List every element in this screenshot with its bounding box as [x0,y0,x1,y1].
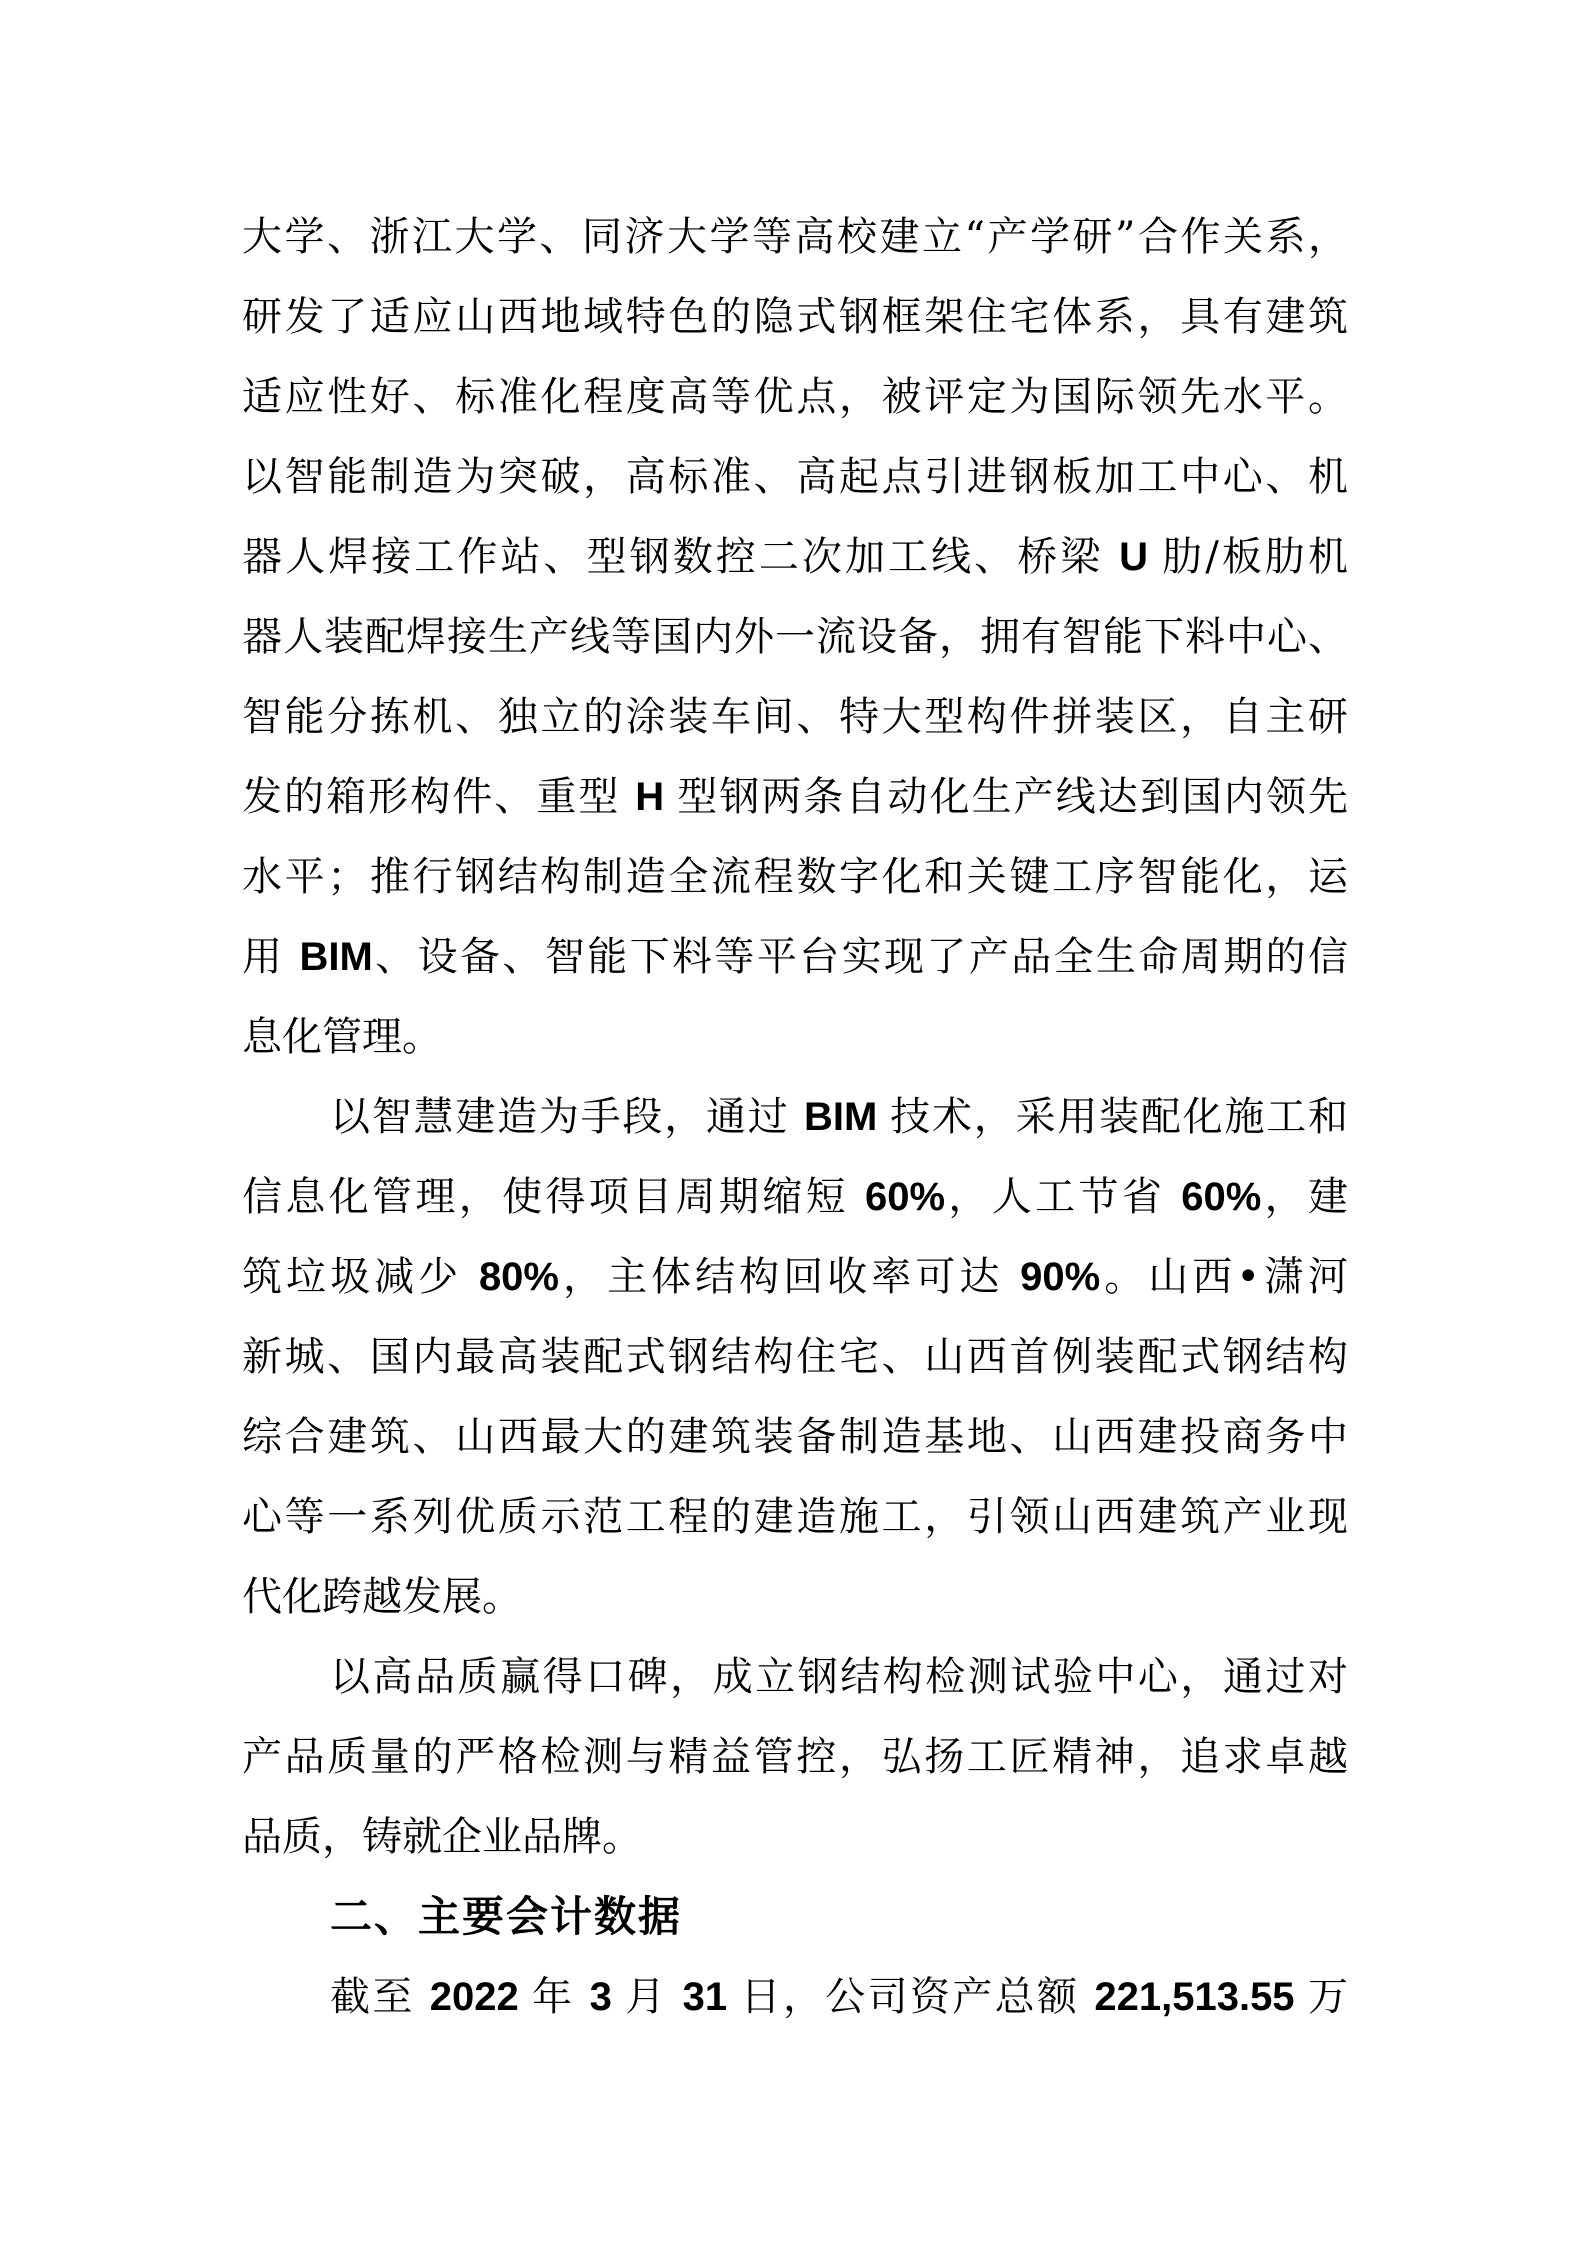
text-line: 心等一系列优质示范工程的建造施工，引领山西建筑产业现 [242,1477,1348,1557]
text-line: 适应性好、标准化程度高等优点，被评定为国际领先水平。 [242,357,1348,437]
text-line-content: 以智能制造为突破，高标准、高起点引进钢板加工中心、机 [242,454,1348,500]
document-page: 大学、浙江大学、同济大学等高校建立“产学研”合作关系，研发了适应山西地域特色的隐… [0,0,1587,2245]
text-line: 器人装配焊接生产线等国内外一流设备，拥有智能下料中心、 [242,597,1348,677]
text-line-content: 器人装配焊接生产线等国内外一流设备，拥有智能下料中心、 [242,614,1348,660]
section-heading: 二、主要会计数据 [242,1877,1348,1957]
latin-text: 221,513.55 [1094,1975,1308,2019]
latin-text: 90% [1020,1255,1100,1299]
text-line: 品质，铸就企业品牌。 [242,1797,1348,1877]
text-line-content: 产品质量的严格检测与精益管控，弘扬工匠精神，追求卓越 [242,1734,1348,1780]
latin-text: U [1119,535,1162,579]
text-line-content: 息化管理。 [242,1014,442,1060]
text-line-content: 水平；推行钢结构制造全流程数字化和关键工序智能化，运 [242,854,1348,900]
text-line: 新城、国内最高装配式钢结构住宅、山西首例装配式钢结构 [242,1317,1348,1397]
text-line: 产品质量的严格检测与精益管控，弘扬工匠精神，追求卓越 [242,1717,1348,1797]
text-line-content: 新城、国内最高装配式钢结构住宅、山西首例装配式钢结构 [242,1334,1348,1380]
text-line-content: 适应性好、标准化程度高等优点，被评定为国际领先水平。 [242,374,1348,420]
text-line: 截至 2022 年 3 月 31 日，公司资产总额 221,513.55 万 [242,1957,1348,2037]
text-line: 智能分拣机、独立的涂装车间、特大型构件拼装区，自主研 [242,677,1348,757]
text-line: 研发了适应山西地域特色的隐式钢框架住宅体系，具有建筑 [242,277,1348,357]
text-line: 发的箱形构件、重型 H 型钢两条自动化生产线达到国内领先 [242,757,1348,837]
text-line-content: 综合建筑、山西最大的建筑装备制造基地、山西建投商务中 [242,1414,1348,1460]
latin-text: H [635,775,677,819]
latin-text: 31 [683,1975,741,2019]
text-line: 以智能制造为突破，高标准、高起点引进钢板加工中心、机 [242,437,1348,517]
text-line-content: 以高品质赢得口碑，成立钢结构检测试验中心，通过对 [330,1654,1348,1700]
text-line: 水平；推行钢结构制造全流程数字化和关键工序智能化，运 [242,837,1348,917]
text-line: 用 BIM、设备、智能下料等平台实现了产品全生命周期的信 [242,917,1348,997]
text-line-content: 筑垃圾减少 80%，主体结构回收率可达 90%。山西•潇河 [242,1254,1348,1300]
text-line: 筑垃圾减少 80%，主体结构回收率可达 90%。山西•潇河 [242,1237,1348,1317]
document-text-block: 大学、浙江大学、同济大学等高校建立“产学研”合作关系，研发了适应山西地域特色的隐… [242,197,1348,2037]
latin-text: 60% [1181,1175,1261,1219]
text-line: 综合建筑、山西最大的建筑装备制造基地、山西建投商务中 [242,1397,1348,1477]
text-line: 以智慧建造为手段，通过 BIM 技术，采用装配化施工和 [242,1077,1348,1157]
text-line-content: 代化跨越发展。 [242,1574,522,1620]
text-line-content: 用 BIM、设备、智能下料等平台实现了产品全生命周期的信 [242,934,1348,980]
latin-text: 80% [479,1255,559,1299]
text-line-content: 二、主要会计数据 [330,1892,682,1941]
text-line-content: 以智慧建造为手段，通过 BIM 技术，采用装配化施工和 [330,1094,1348,1140]
text-line: 信息化管理，使得项目周期缩短 60%，人工节省 60%，建 [242,1157,1348,1237]
text-line-content: 智能分拣机、独立的涂装车间、特大型构件拼装区，自主研 [242,694,1348,740]
latin-text: 2022 [430,1975,532,2019]
text-line-content: 发的箱形构件、重型 H 型钢两条自动化生产线达到国内领先 [242,774,1348,820]
text-line-content: 心等一系列优质示范工程的建造施工，引领山西建筑产业现 [242,1494,1348,1540]
latin-text: 60% [865,1175,945,1219]
latin-text: 3 [590,1975,626,2019]
text-line-content: 信息化管理，使得项目周期缩短 60%，人工节省 60%，建 [242,1174,1348,1220]
text-line: 大学、浙江大学、同济大学等高校建立“产学研”合作关系， [242,197,1348,277]
text-line: 息化管理。 [242,997,1348,1077]
text-line: 器人焊接工作站、型钢数控二次加工线、桥梁 U 肋/板肋机 [242,517,1348,597]
latin-text: BIM [300,935,373,979]
text-line-content: 研发了适应山西地域特色的隐式钢框架住宅体系，具有建筑 [242,294,1348,340]
text-line-content: 截至 2022 年 3 月 31 日，公司资产总额 221,513.55 万 [330,1974,1348,2020]
text-line: 以高品质赢得口碑，成立钢结构检测试验中心，通过对 [242,1637,1348,1717]
text-line-content: 器人焊接工作站、型钢数控二次加工线、桥梁 U 肋/板肋机 [242,534,1348,580]
text-line-content: 品质，铸就企业品牌。 [242,1814,642,1860]
text-line-content: 大学、浙江大学、同济大学等高校建立“产学研”合作关系， [242,214,1348,260]
latin-text: BIM [804,1095,890,1139]
text-line: 代化跨越发展。 [242,1557,1348,1637]
